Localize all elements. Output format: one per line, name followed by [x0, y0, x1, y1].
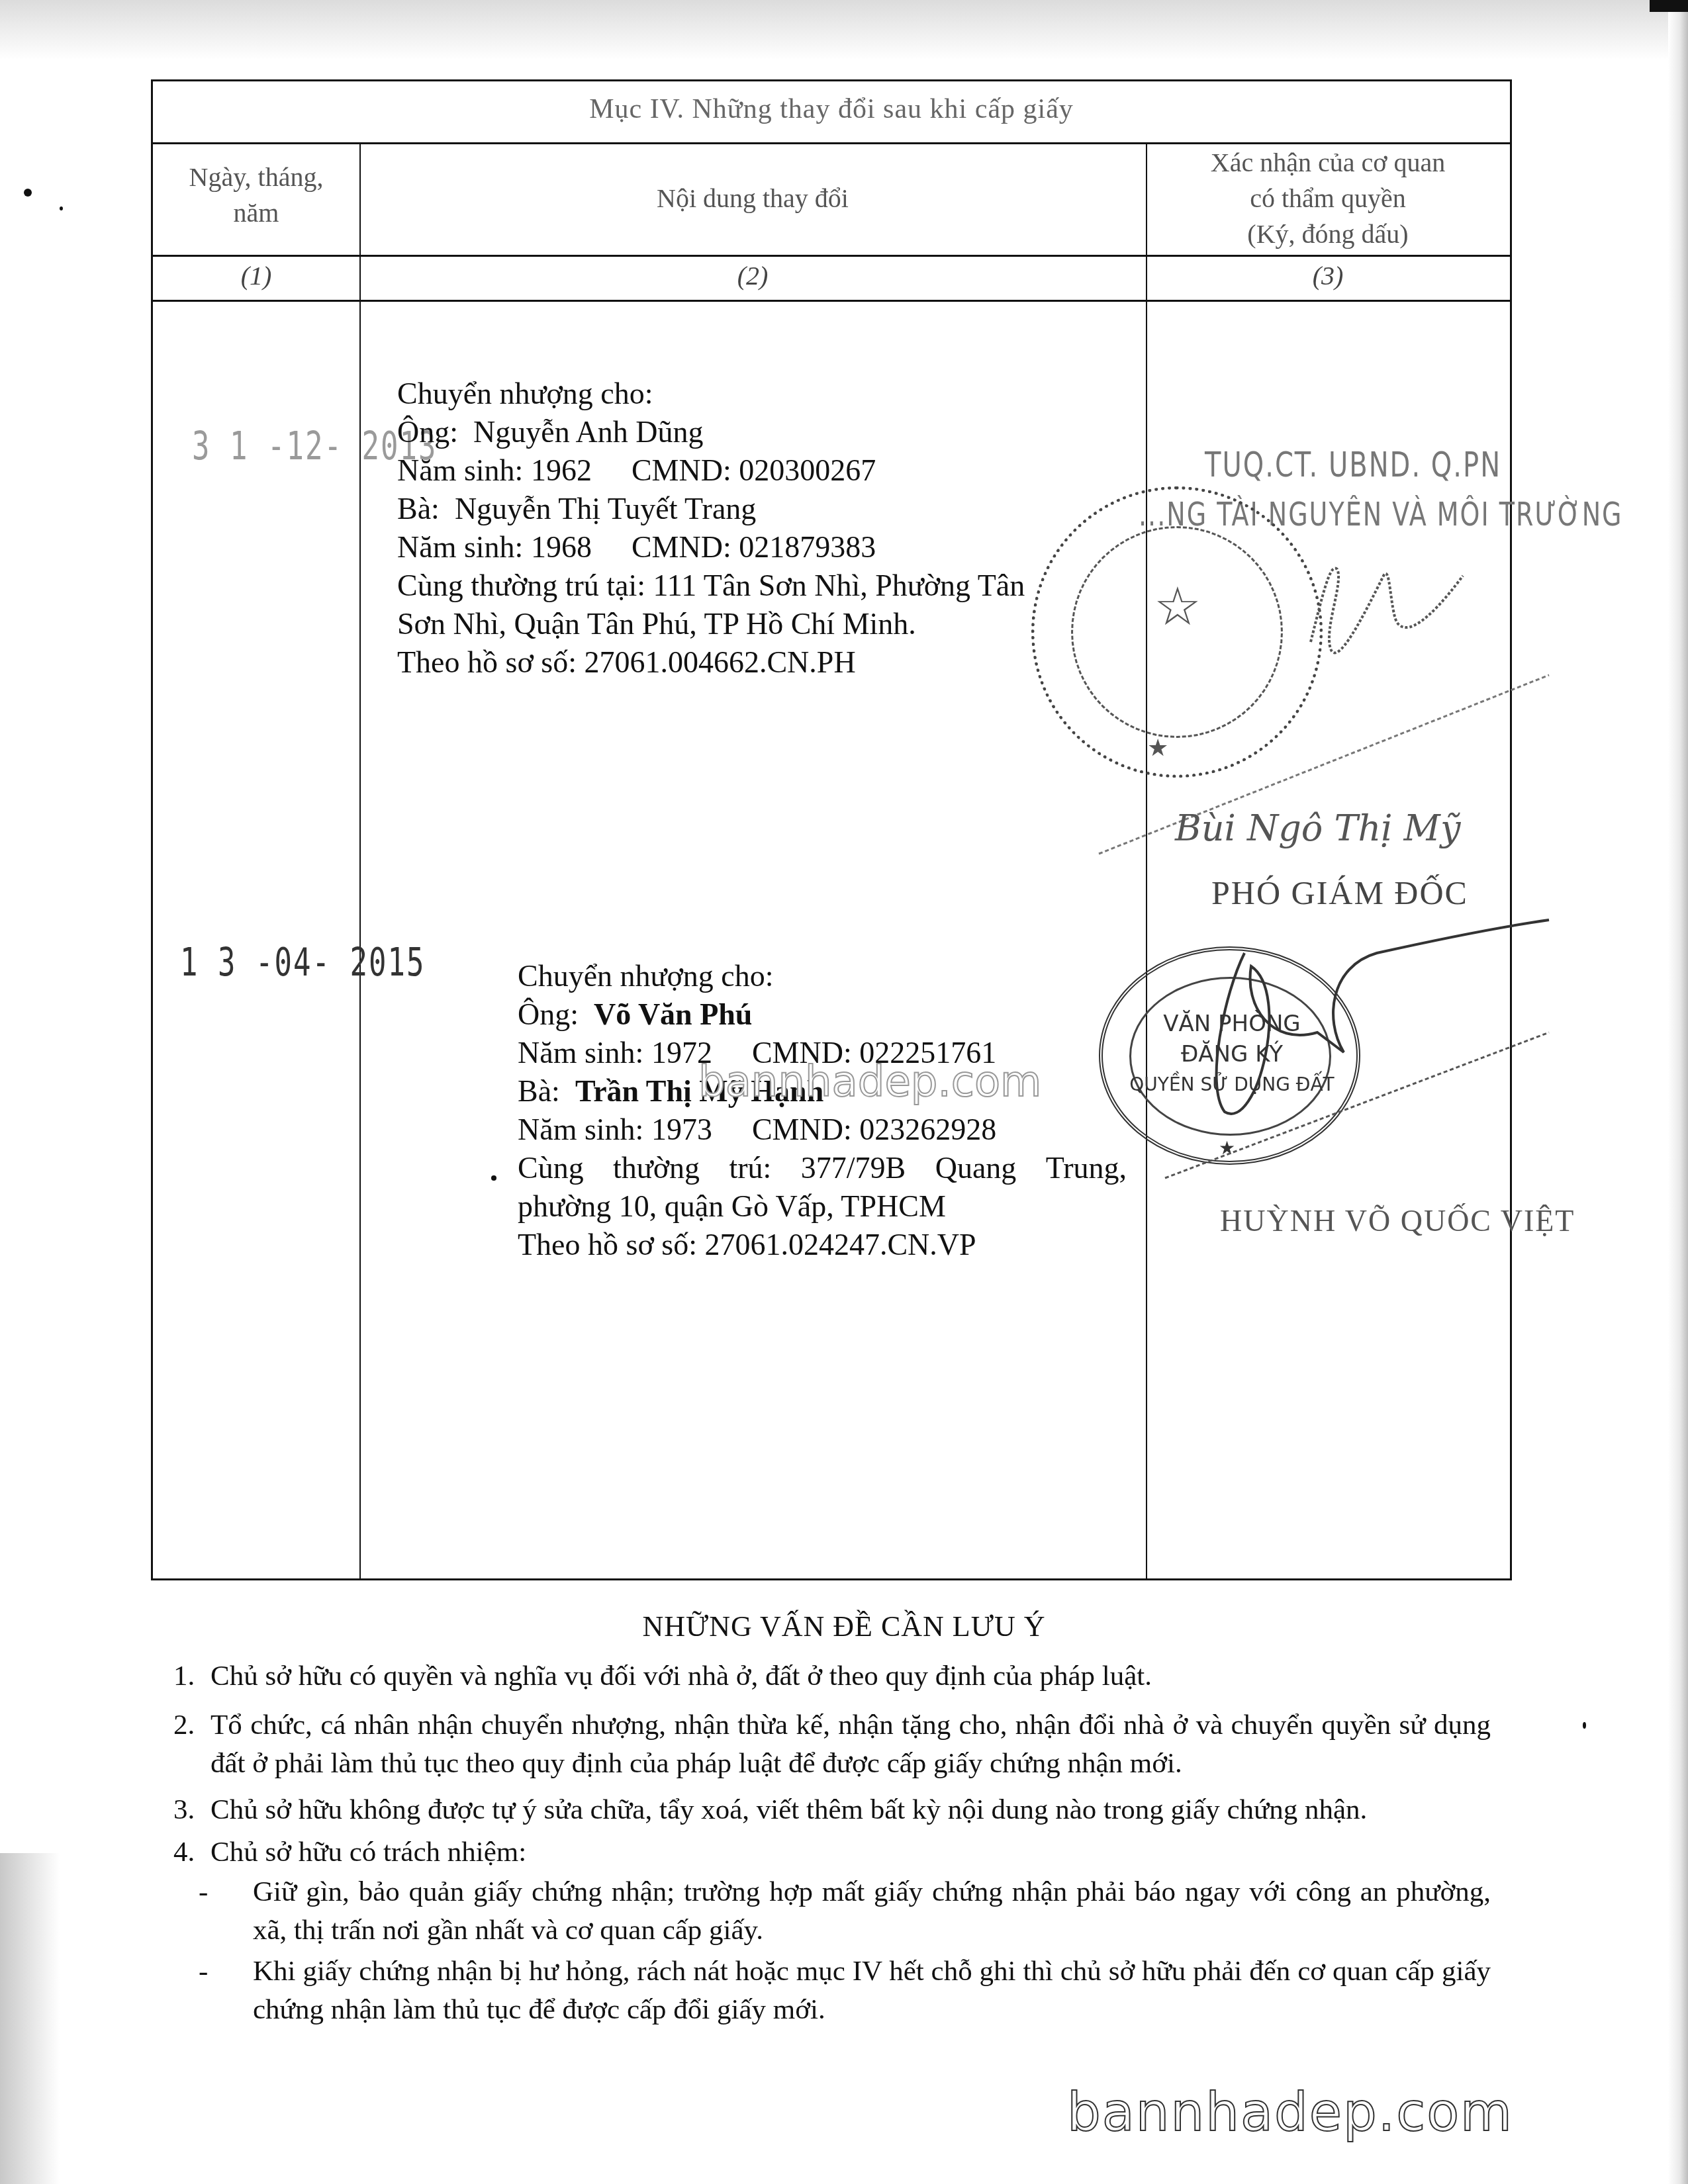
- owner-2: Bà: Nguyễn Thị Tuyết Trang: [397, 490, 1025, 528]
- scan-left-shadow: [0, 1853, 60, 2184]
- header-line: Ngày, tháng,: [153, 159, 359, 195]
- signer-name-1: Bùi Ngô Thị Mỹ: [1175, 807, 1460, 849]
- note-text: Chủ sở hữu có trách nhiệm:: [211, 1833, 1491, 1872]
- owner-label: Bà:: [397, 492, 440, 525]
- column-number: (2): [359, 260, 1146, 291]
- scan-right-edge: [1668, 0, 1688, 2184]
- entry-2-date: 1 3 -04- 2015: [180, 940, 425, 985]
- address-line: phường 10, quận Gò Vấp, TPHCM: [518, 1187, 1127, 1226]
- owner-2-details: Năm sinh: 1968CMND: 021879383: [397, 528, 1025, 567]
- bullet-dash: -: [199, 1873, 208, 1911]
- table-divider: [153, 142, 1510, 144]
- owner-name: Võ Văn Phú: [594, 997, 752, 1031]
- address-word: thường: [613, 1149, 700, 1187]
- owner-label: Ông:: [397, 415, 458, 449]
- owner-1: Ông: Nguyễn Anh Dũng: [397, 413, 1025, 451]
- id-number: CMND: 020300267: [632, 453, 876, 487]
- note-item-3: 3. Chủ sở hữu không được tự ý sửa chữa, …: [173, 1791, 1491, 1829]
- column-divider: [359, 142, 361, 1578]
- note-number: 2.: [173, 1706, 195, 1745]
- header-line: (Ký, đóng dấu): [1146, 216, 1510, 252]
- note-number: 3.: [173, 1791, 195, 1829]
- watermark-footer: bannhadep.com: [1067, 2081, 1513, 2143]
- scan-corner-mark: [1650, 0, 1688, 12]
- scan-speck: [1583, 1722, 1586, 1729]
- column-header-content: Nội dung thay đổi: [359, 181, 1146, 216]
- notes-title: NHỮNG VẤN ĐỀ CẦN LƯU Ý: [0, 1610, 1688, 1643]
- note-text: Chủ sở hữu không được tự ý sửa chữa, tẩy…: [211, 1791, 1491, 1829]
- scan-top-shadow: [0, 0, 1688, 60]
- column-divider: [1146, 142, 1147, 1578]
- header-line: Nội dung thay đổi: [359, 181, 1146, 216]
- scan-speck: [491, 1175, 496, 1181]
- address-word: Trung,: [1046, 1149, 1127, 1187]
- column-header-date: Ngày, tháng, năm: [153, 159, 359, 231]
- note-subitem-1: - Giữ gìn, bảo quản giấy chứng nhận; trư…: [199, 1873, 1491, 1950]
- note-item-2: 2. Tổ chức, cá nhân nhận chuyển nhượng, …: [173, 1706, 1491, 1783]
- owner-name: Nguyễn Thị Tuyết Trang: [455, 492, 756, 525]
- address-word: Quang: [935, 1149, 1017, 1187]
- owner-name: Nguyễn Anh Dũng: [473, 415, 704, 449]
- column-number: (1): [153, 260, 359, 291]
- id-number: CMND: 021879383: [632, 530, 876, 564]
- owner-1: Ông: Võ Văn Phú: [518, 995, 1127, 1034]
- scan-speck: [24, 189, 32, 197]
- id-number: CMND: 023262928: [752, 1113, 996, 1146]
- owner-label: Ông:: [518, 997, 579, 1031]
- note-item-4: 4. Chủ sở hữu có trách nhiệm:: [173, 1833, 1491, 1872]
- birth-year: Năm sinh: 1972: [518, 1036, 712, 1069]
- subitem-text: Khi giấy chứng nhận bị hư hỏng, rách nát…: [253, 1952, 1491, 2029]
- entry-heading: Chuyển nhượng cho:: [518, 957, 1127, 995]
- note-text: Chủ sở hữu có quyền và nghĩa vụ đối với …: [211, 1657, 1491, 1696]
- note-text: Tổ chức, cá nhân nhận chuyển nhượng, nhậ…: [211, 1706, 1491, 1783]
- owner-2-details: Năm sinh: 1973CMND: 023262928: [518, 1111, 1127, 1149]
- signer-name-2: HUỲNH VÕ QUỐC VIỆT: [1220, 1203, 1575, 1238]
- address-line: Cùng thường trú: 377/79B Quang Trung,: [518, 1149, 1127, 1187]
- birth-year: Năm sinh: 1962: [397, 453, 592, 487]
- owner-label: Bà:: [518, 1074, 560, 1108]
- birth-year: Năm sinh: 1973: [518, 1113, 712, 1146]
- note-number: 1.: [173, 1657, 195, 1696]
- owner-1-details: Năm sinh: 1962CMND: 020300267: [397, 451, 1025, 490]
- bullet-dash: -: [199, 1952, 208, 1991]
- address-word: 377/79B: [801, 1149, 906, 1187]
- star-icon: ☆: [1154, 576, 1201, 637]
- entry-1-content: Chuyển nhượng cho: Ông: Nguyễn Anh Dũng …: [397, 375, 1025, 682]
- birth-year: Năm sinh: 1968: [397, 530, 592, 564]
- authority-delegation: TUQ.CT. UBND. Q.PN: [1205, 445, 1501, 485]
- header-line: Xác nhận của cơ quan: [1146, 145, 1510, 181]
- header-line: có thẩm quyền: [1146, 181, 1510, 216]
- address-word: Cùng: [518, 1149, 584, 1187]
- signature-2: [1158, 913, 1556, 1191]
- column-header-authority: Xác nhận của cơ quan có thẩm quyền (Ký, …: [1146, 145, 1510, 252]
- note-item-1: 1. Chủ sở hữu có quyền và nghĩa vụ đối v…: [173, 1657, 1491, 1696]
- entry-2-content: Chuyển nhượng cho: Ông: Võ Văn Phú Năm s…: [518, 957, 1127, 1264]
- table-divider: [153, 255, 1510, 257]
- address-word: trú:: [729, 1149, 772, 1187]
- file-number: Theo hồ sơ số: 27061.004662.CN.PH: [397, 643, 1025, 682]
- section-title: Mục IV. Những thay đổi sau khi cấp giấy: [153, 93, 1510, 125]
- file-number: Theo hồ sơ số: 27061.024247.CN.VP: [518, 1226, 1127, 1264]
- entry-heading: Chuyển nhượng cho:: [397, 375, 1025, 413]
- column-number: (3): [1146, 260, 1510, 291]
- signature-1: [1297, 549, 1470, 675]
- address-line: Sơn Nhì, Quận Tân Phú, TP Hồ Chí Minh.: [397, 605, 1025, 643]
- note-number: 4.: [173, 1833, 195, 1872]
- signer-title: PHÓ GIÁM ĐỐC: [1211, 874, 1468, 912]
- watermark-inline: bannhadep.com: [698, 1058, 1041, 1107]
- note-subitem-2: - Khi giấy chứng nhận bị hư hỏng, rách n…: [199, 1952, 1491, 2029]
- scan-speck: [60, 206, 63, 210]
- header-line: năm: [153, 195, 359, 231]
- table-divider: [153, 300, 1510, 302]
- address-line: Cùng thường trú tại: 111 Tân Sơn Nhì, Ph…: [397, 567, 1025, 605]
- subitem-text: Giữ gìn, bảo quản giấy chứng nhận; trườn…: [253, 1873, 1491, 1950]
